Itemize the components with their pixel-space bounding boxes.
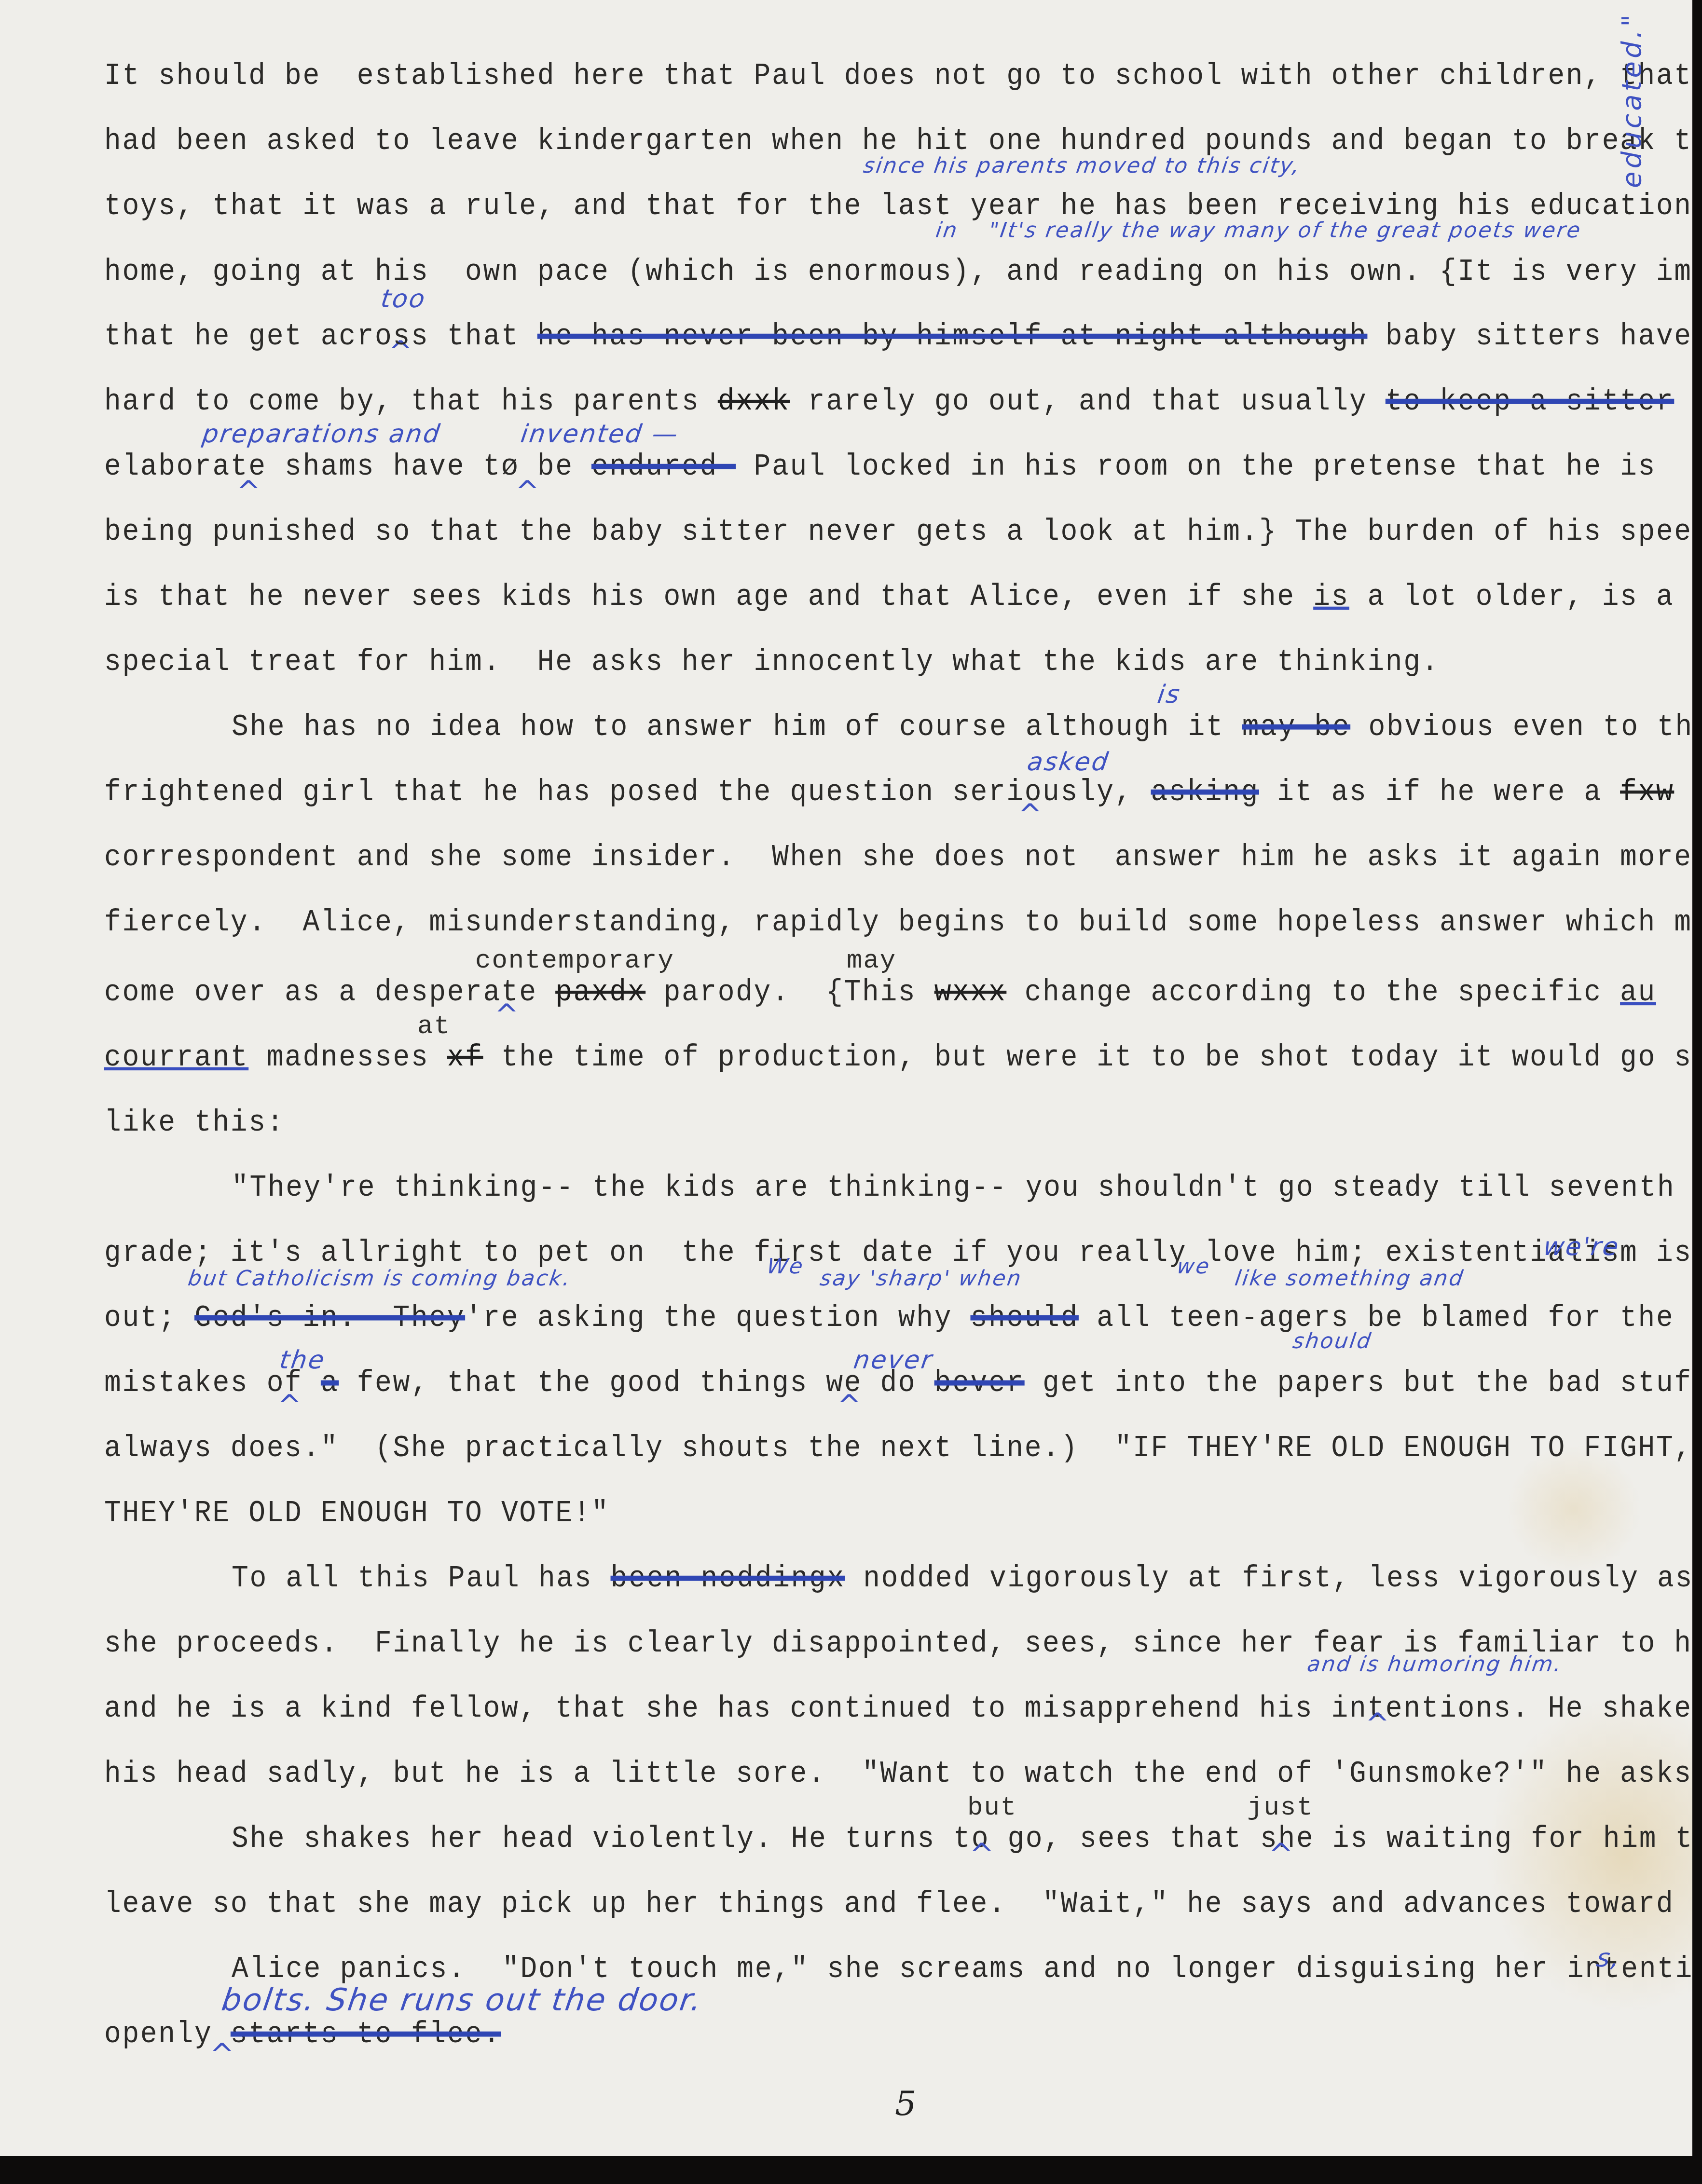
page-number: 5 (895, 2084, 917, 2123)
caret-mark-icon: ^ (1365, 1710, 1389, 1739)
text: it as if he were a (1259, 776, 1620, 810)
text-line: frightened girl that he has posed the qu… (104, 778, 1702, 808)
struck-text: he has never been by himself at night al… (537, 320, 1368, 354)
text-line: "They're thinking-- the kids are thinkin… (232, 1174, 1675, 1204)
struck-text: may be (1242, 711, 1350, 745)
caret-mark-icon: ^ (494, 1001, 519, 1030)
text-line: correspondent and she some insider. When… (104, 843, 1692, 874)
underlined-text: au (1620, 976, 1656, 1010)
typed-insertion: just (1247, 1793, 1314, 1823)
text: all teen-agers be blamed for the (1079, 1302, 1674, 1336)
text-line: home, going at his own pace (which is en… (104, 258, 1702, 288)
text-line: hard to come by, that his parents dxxk r… (104, 387, 1674, 418)
text: 're asking the question why (465, 1302, 970, 1336)
handwritten-insertion: should (1291, 1329, 1373, 1353)
text-line: is that he never sees kids his own age a… (104, 583, 1674, 613)
caret-mark-icon: ^ (277, 1392, 302, 1420)
handwritten-insertion: preparations and (201, 420, 443, 449)
caret-mark-icon: ^ (515, 478, 539, 506)
text-line: It should be established here that Paul … (104, 62, 1702, 92)
text: the time of production, but were it to b… (483, 1041, 1702, 1075)
handwritten-insertion: s, (1595, 1944, 1623, 1973)
typed-insertion: may (847, 946, 896, 976)
struck-text: asking (1151, 776, 1259, 810)
caret-mark-icon: ^ (1018, 801, 1042, 830)
underlined-text: courrant (104, 1041, 248, 1075)
handwritten-insertion: we (1175, 1254, 1212, 1279)
text: get into the papers but the bad stuff (1025, 1367, 1702, 1401)
typed-insertion: at (417, 1012, 451, 1041)
text-line: being punished so that the baby sitter n… (104, 518, 1702, 548)
handwritten-insertion: and is humoring him. (1305, 1652, 1564, 1677)
text-line: out; God's in. They're asking the questi… (104, 1304, 1674, 1334)
text-line: Alice panics. "Don't touch me," she scre… (232, 1955, 1702, 1985)
struck-text: endured- (591, 450, 736, 484)
struck-text: fxw (1620, 776, 1674, 810)
handwritten-insertion: say 'sharp' when (818, 1266, 1024, 1291)
scan-border-right (1692, 0, 1702, 2184)
handwritten-insertion: we're (1542, 1232, 1622, 1261)
text-line: elaborate shams have tø be endured- Paul… (104, 452, 1656, 483)
text: To all this Paul has (232, 1562, 611, 1596)
text-line: courrant madnesses xf the time of produc… (104, 1043, 1702, 1074)
manuscript-page: It should be established here that Paul … (0, 0, 1692, 2156)
handwritten-insertion: We (765, 1254, 806, 1279)
text-line: grade; it's allright to pet on the first… (104, 1239, 1692, 1269)
struck-text: should (970, 1302, 1078, 1336)
scan-border-bottom (0, 2156, 1702, 2184)
struck-text: been noddingx (611, 1562, 845, 1596)
text: a lot older, is a (1349, 581, 1674, 614)
text-line: openly starts to flee. (104, 2020, 501, 2050)
caret-mark-icon: ^ (837, 1392, 861, 1420)
typed-insertion: but (967, 1793, 1017, 1823)
handwritten-insertion: asked (1026, 748, 1112, 777)
caret-mark-icon: ^ (1269, 1840, 1293, 1869)
handwritten-insertion: is (1156, 680, 1183, 709)
text-line: leave so that she may pick up her things… (104, 1890, 1702, 1920)
text: obvious even to the (1350, 711, 1702, 745)
struck-text: a (321, 1367, 339, 1401)
struck-text: starts to flee. (231, 2018, 501, 2052)
handwritten-insertion: like something and (1233, 1266, 1466, 1291)
text: out; (104, 1302, 194, 1336)
handwritten-insertion: since his parents moved to this city, (862, 153, 1302, 178)
caret-mark-icon: ^ (210, 2040, 234, 2069)
text: baby sitters have been (1367, 320, 1702, 354)
text-line: THEY'RE OLD ENOUGH TO VOTE!" (104, 1499, 609, 1529)
handwritten-insertion: in (934, 218, 960, 243)
caret-mark-icon: ^ (236, 478, 261, 506)
struck-text: wxxx (934, 976, 1007, 1010)
text: She has no idea how to answer him of cou… (232, 711, 1242, 745)
text: that he get across that (104, 320, 537, 354)
struck-text: to keep a sitter (1386, 385, 1675, 419)
text-line: She shakes her head violently. He turns … (232, 1825, 1702, 1855)
text-line: had been asked to leave kindergarten whe… (104, 127, 1702, 157)
typed-insertion: contemporary (475, 946, 674, 976)
text-line: like this: (104, 1108, 285, 1139)
struck-text: bever (934, 1367, 1025, 1401)
underlined-text: is (1313, 581, 1349, 614)
text: parody. {This (645, 976, 934, 1010)
text-line: come over as a desperate paxdx parody. {… (104, 978, 1656, 1009)
text: frightened girl that he has posed the qu… (104, 776, 1151, 810)
handwritten-insertion: "It's really the way many of the great p… (987, 218, 1583, 243)
handwritten-insertion: invented — (519, 420, 681, 449)
text-line: To all this Paul has been noddingx nodde… (232, 1564, 1693, 1595)
text: nodded vigorously at first, less vigorou… (845, 1562, 1693, 1596)
handwritten-insertion: bolts. She runs out the door. (220, 1982, 705, 2018)
text-line: his head sadly, but he is a little sore.… (104, 1760, 1702, 1790)
struck-text: xf (447, 1041, 483, 1075)
text-line: that he get across that he has never bee… (104, 322, 1702, 353)
caret-mark-icon: ^ (970, 1840, 994, 1869)
text: change according to the specific (1006, 976, 1620, 1010)
handwritten-insertion: but Catholicism is coming back. (186, 1266, 573, 1291)
struck-text: dxxk (718, 385, 790, 419)
struck-text: God's in. They (194, 1302, 465, 1336)
handwritten-margin-note: educated." (1616, 12, 1647, 188)
struck-text: paxdx (555, 976, 645, 1010)
text-line: special treat for him. He asks her innoc… (104, 648, 1440, 678)
text: hard to come by, that his parents (104, 385, 718, 419)
text: Paul locked in his room on the pretense … (736, 450, 1656, 484)
text: is that he never sees kids his own age a… (104, 581, 1313, 614)
text-line: fiercely. Alice, misunderstanding, rapid… (104, 908, 1702, 939)
text-line: and he is a kind fellow, that she has co… (104, 1694, 1702, 1725)
handwritten-insertion: too (379, 285, 428, 314)
text: come over as a desperate (104, 976, 555, 1010)
text-line: mistakes of a few, that the good things … (104, 1369, 1702, 1399)
text: madnesses (248, 1041, 447, 1075)
text: rarely go out, and that usually (790, 385, 1385, 419)
text-line: always does." (She practically shouts th… (104, 1434, 1692, 1464)
text-line: She has no idea how to answer him of cou… (232, 713, 1702, 743)
